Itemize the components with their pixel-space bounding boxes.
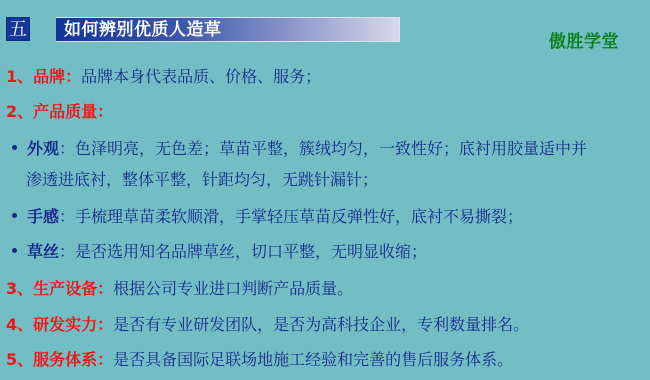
- bullet-appearance-continuation-text: 渗透进底衬，整体平整，针距均匀，无跳针漏针；: [26, 170, 378, 189]
- bullet-fiber-text: ：是否选用知名品牌草丝，切口平整，无明显收缩；: [59, 242, 427, 261]
- bullet-feel: 手感：手梳理草苗柔软顺滑，手掌轻压草苗反弹性好，底衬不易撕裂；: [6, 204, 523, 227]
- item-production-equipment-text: 根据公司专业进口判断产品质量。: [113, 279, 353, 298]
- bullet-icon: [12, 248, 17, 253]
- title-banner: 如何辨别优质人造草: [56, 17, 400, 42]
- item-product-quality-label: 2、产品质量：: [6, 102, 113, 121]
- item-production-equipment: 3、生产设备：根据公司专业进口判断产品质量。: [6, 276, 353, 299]
- bullet-appearance-continuation: 渗透进底衬，整体平整，针距均匀，无跳针漏针；: [26, 167, 378, 190]
- bullet-fiber-label: 草丝: [27, 242, 59, 261]
- bullet-appearance-text: ：色泽明亮，无色差；草苗平整，簇绒均匀，一致性好；底衬用胶量适中并: [59, 139, 587, 158]
- item-production-equipment-label: 3、生产设备：: [6, 279, 113, 298]
- bullet-appearance-label: 外观: [27, 139, 59, 158]
- item-service-system: 5、服务体系：是否具备国际足联场地施工经验和完善的售后服务体系。: [6, 347, 513, 370]
- item-brand-text: 品牌本身代表品质、价格、服务；: [81, 67, 321, 86]
- bullet-icon: [12, 213, 17, 218]
- bullet-appearance: 外观：色泽明亮，无色差；草苗平整，簇绒均匀，一致性好；底衬用胶量适中并: [6, 136, 587, 159]
- item-product-quality: 2、产品质量：: [6, 99, 113, 122]
- page-title: 如何辨别优质人造草: [64, 18, 222, 42]
- item-service-system-text: 是否具备国际足联场地施工经验和完善的售后服务体系。: [113, 350, 513, 369]
- bullet-icon: [12, 145, 17, 150]
- section-number-badge: 五: [6, 17, 30, 41]
- item-service-system-label: 5、服务体系：: [6, 350, 113, 369]
- item-rd-strength-label: 4、研发实力：: [6, 315, 113, 334]
- bullet-feel-label: 手感: [27, 207, 59, 226]
- item-rd-strength: 4、研发实力：是否有专业研发团队，是否为高科技企业，专利数量排名。: [6, 312, 529, 335]
- item-rd-strength-text: 是否有专业研发团队，是否为高科技企业，专利数量排名。: [113, 315, 529, 334]
- item-brand: 1、品牌：品牌本身代表品质、价格、服务；: [6, 64, 321, 87]
- bullet-fiber: 草丝：是否选用知名品牌草丝，切口平整，无明显收缩；: [6, 239, 427, 262]
- brand-logo-text: 傲胜学堂: [549, 27, 619, 52]
- bullet-feel-text: ：手梳理草苗柔软顺滑，手掌轻压草苗反弹性好，底衬不易撕裂；: [59, 207, 523, 226]
- item-brand-label: 1、品牌：: [6, 67, 81, 86]
